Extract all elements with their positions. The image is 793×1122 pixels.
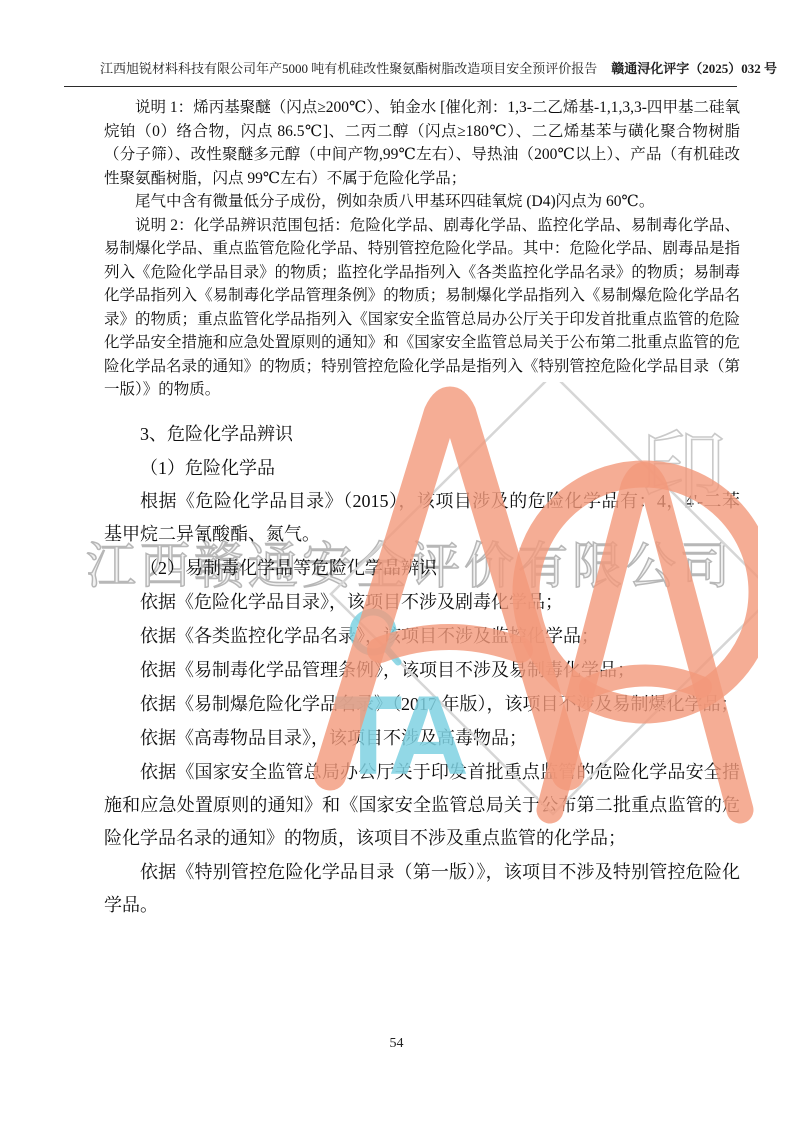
body-paragraph-6: 依据《高毒物品目录》，该项目不涉及高毒物品； bbox=[104, 722, 740, 755]
body-paragraph-5: 依据《易制爆危险化学品名录》（2017 年版），该项目不涉及易制爆化学品； bbox=[104, 688, 740, 721]
main-text-block: 3、危险化学品辨识 （1）危险化学品 根据《危险化学品目录》（2015），该项目… bbox=[104, 412, 740, 922]
page-header: 江西旭锐材料科技有限公司年产5000 吨有机硅改性聚氨酯树脂改造项目安全预评价报… bbox=[100, 60, 737, 78]
body-paragraph-3: 依据《各类监控化学品名录》，该项目不涉及监控化学品； bbox=[104, 620, 740, 653]
report-title: 江西旭锐材料科技有限公司年产5000 吨有机硅改性聚氨酯树脂改造项目安全预评价报… bbox=[100, 60, 597, 78]
document-number: 赣通浔化评字（2025）032 号 bbox=[611, 60, 777, 78]
note-paragraph-3: 说明 2：化学品辨识范围包括：危险化学品、剧毒化学品、监控化学品、易制毒化学品、… bbox=[104, 214, 740, 402]
body-paragraph-8: 依据《特别管控危险化学品目录（第一版）》，该项目不涉及特别管控危险化学品。 bbox=[104, 856, 740, 922]
section-heading: 3、危险化学品辨识 bbox=[104, 418, 740, 451]
body-paragraph-2: 依据《危险化学品目录》，该项目不涉及剧毒化学品； bbox=[104, 586, 740, 619]
note-paragraph-1: 说明 1：烯丙基聚醚（闪点≥200℃）、铂金水 [催化剂：1,3-二乙烯基-1,… bbox=[104, 96, 740, 190]
body-paragraph-7: 依据《国家安全监管总局办公厅关于印发首批重点监管的危险化学品安全措施和应急处置原… bbox=[104, 756, 740, 855]
sub-heading-1: （1）危险化学品 bbox=[104, 452, 740, 485]
page-number: 54 bbox=[0, 1036, 793, 1052]
notes-block: 说明 1：烯丙基聚醚（闪点≥200℃）、铂金水 [催化剂：1,3-二乙烯基-1,… bbox=[104, 96, 740, 402]
body-paragraph-4: 依据《易制毒化学品管理条例》，该项目不涉及易制毒化学品； bbox=[104, 654, 740, 687]
sub-heading-2: （2）易制毒化学品等危险化学品辨识 bbox=[104, 552, 740, 585]
document-page: 江西旭锐材料科技有限公司年产5000 吨有机硅改性聚氨酯树脂改造项目安全预评价报… bbox=[0, 0, 793, 1122]
body-paragraph-1: 根据《危险化学品目录》（2015），该项目涉及的危险化学品有：4，4'-二苯基甲… bbox=[104, 485, 740, 551]
header-divider bbox=[64, 86, 737, 87]
note-paragraph-2: 尾气中含有微量低分子成份，例如杂质八甲基环四硅氧烷 (D4)闪点为 60℃。 bbox=[104, 190, 740, 214]
